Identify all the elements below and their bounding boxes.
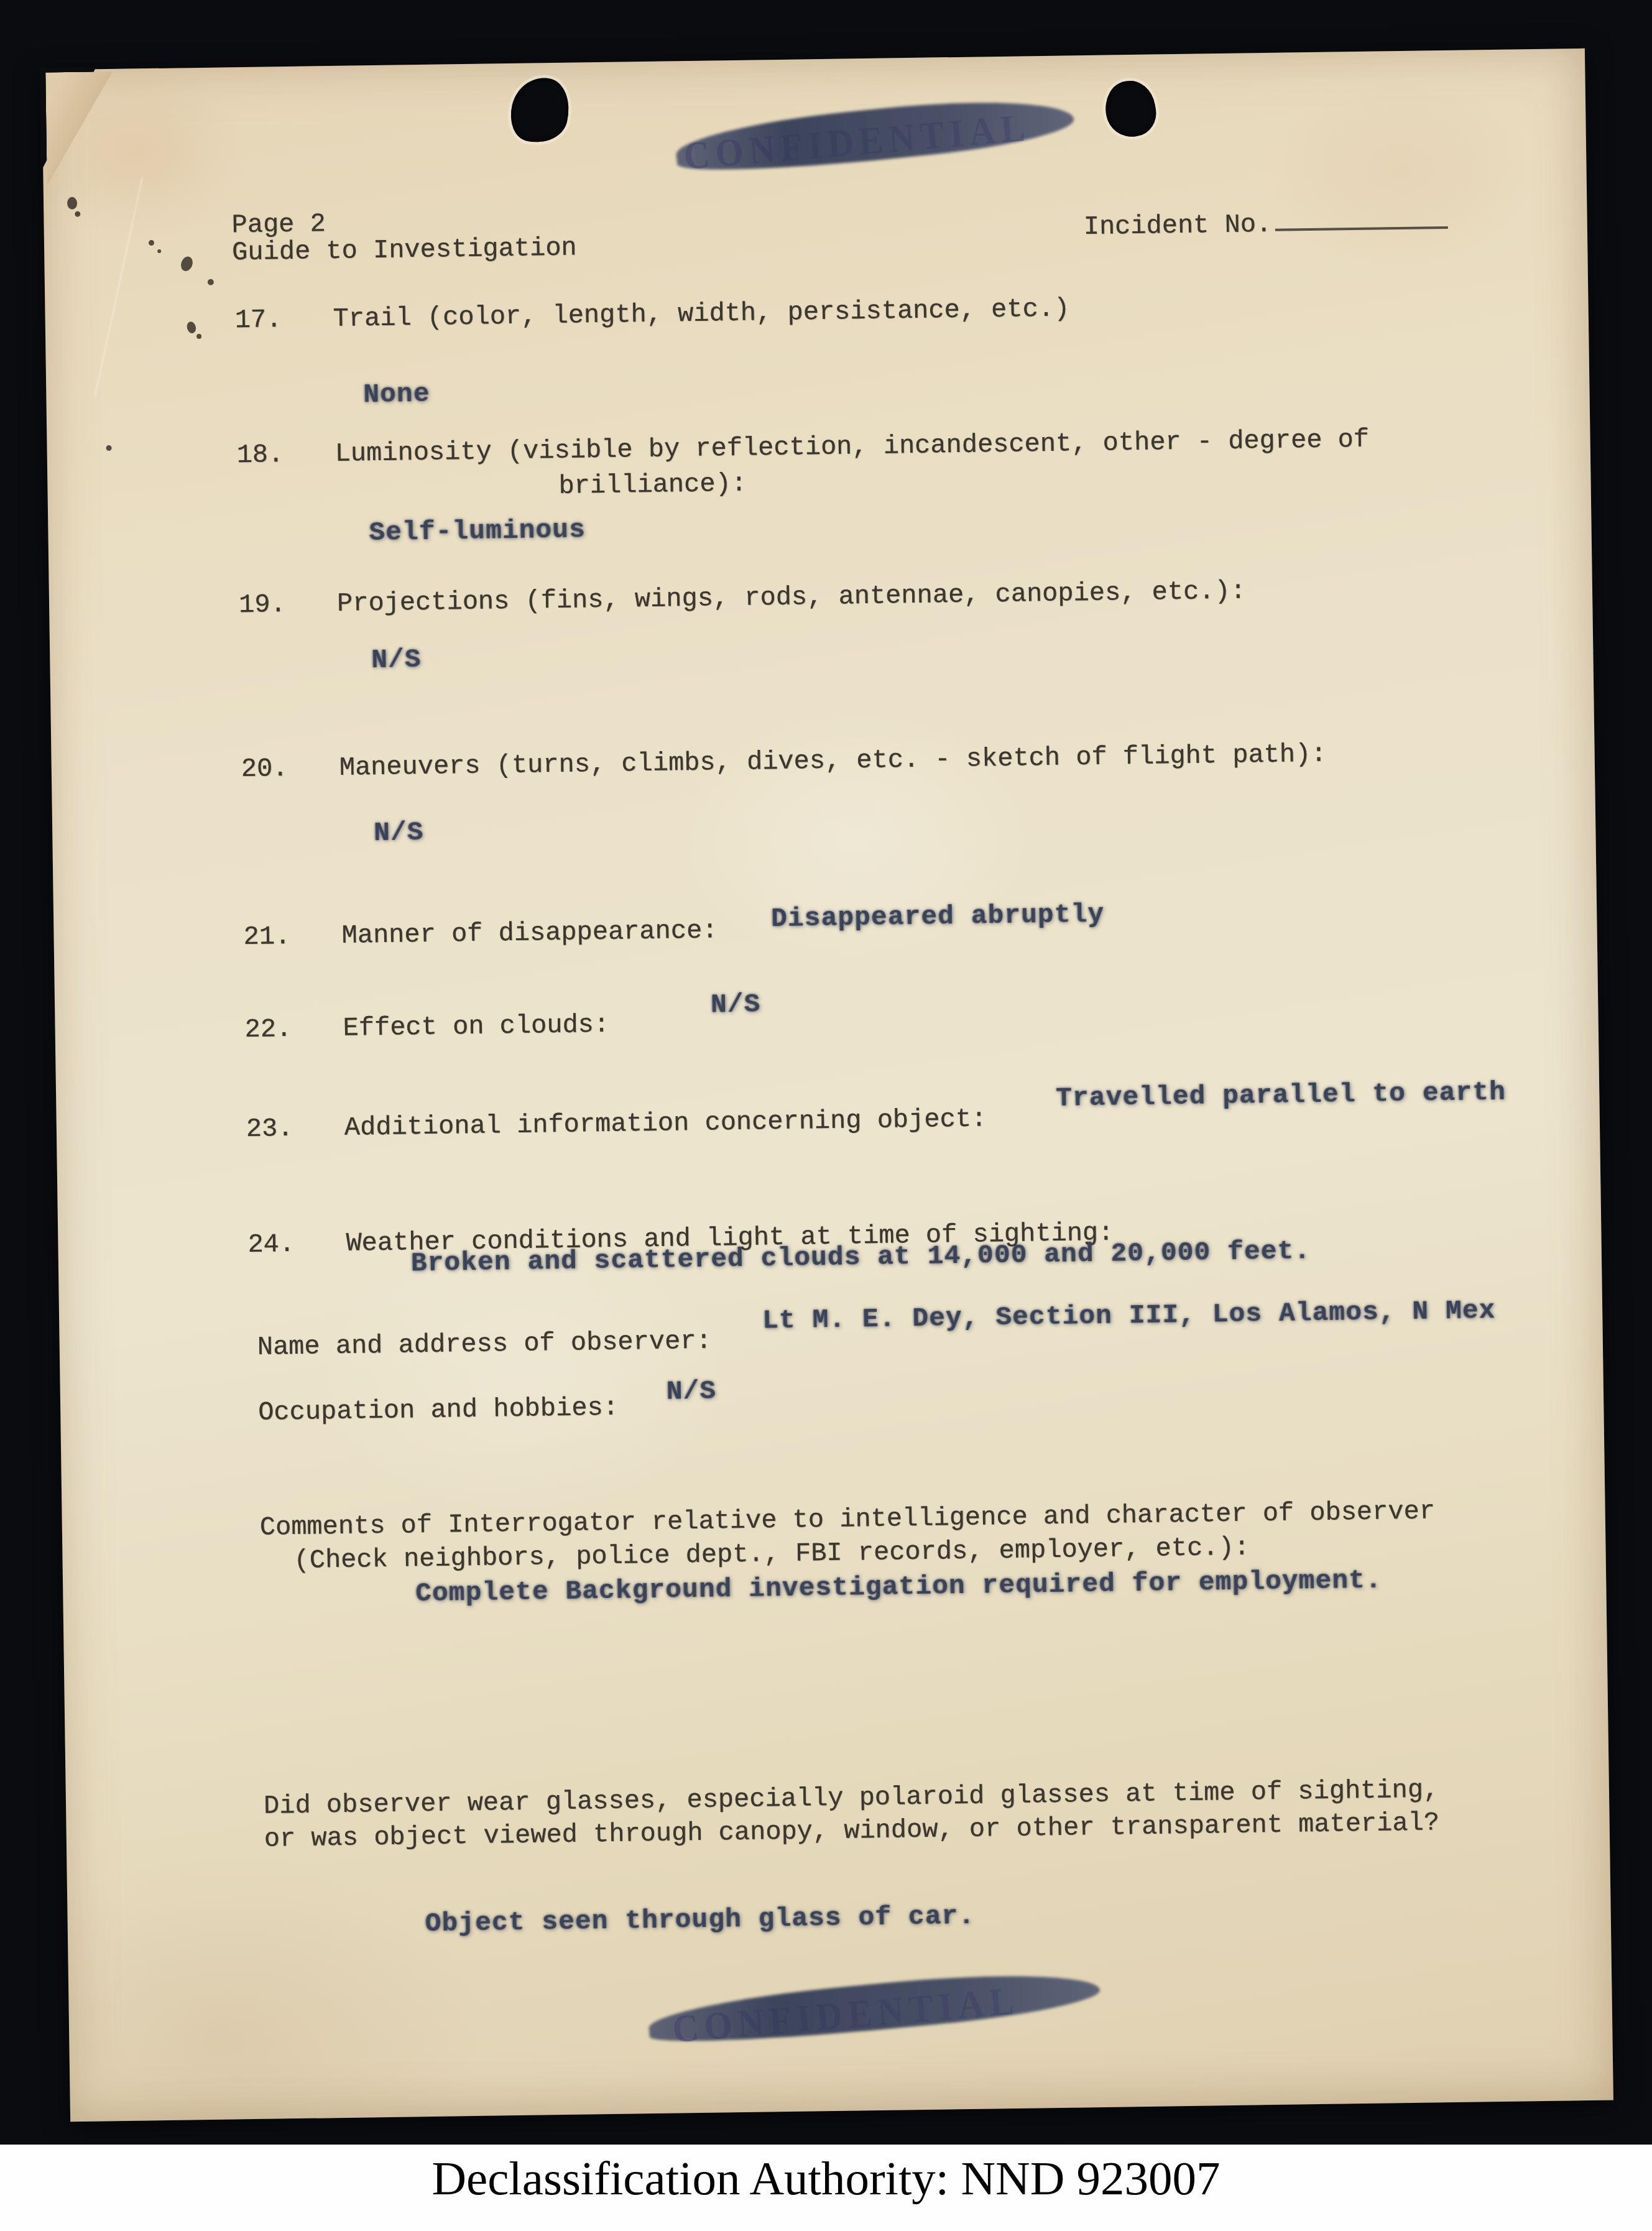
item-question: Trail (color, length, width, persistance… xyxy=(333,293,1069,334)
punch-hole xyxy=(505,72,576,149)
paper-speck xyxy=(196,334,201,339)
item-question: Luminosity (visible by reflection, incan… xyxy=(335,425,1369,469)
item-number: 19. xyxy=(239,589,286,620)
item-number: 17. xyxy=(234,305,282,335)
folded-corner xyxy=(45,72,114,185)
item-answer: Travelled parallel to earth xyxy=(1056,1077,1506,1114)
item-question: Maneuvers (turns, climbs, dives, etc. - … xyxy=(339,739,1326,783)
incident-no-blank xyxy=(1275,208,1448,231)
item-question: Projections (fins, wings, rods, antennae… xyxy=(337,576,1246,619)
document-title: Guide to Investigation xyxy=(232,233,577,268)
redaction-strike-mark xyxy=(674,90,1076,180)
item-number: 22. xyxy=(244,1014,292,1045)
paper-speck xyxy=(208,279,214,285)
item-question: Additional information concerning object… xyxy=(344,1104,987,1143)
incident-no-field: Incident No. xyxy=(1083,207,1448,242)
paper-speck xyxy=(157,249,161,253)
observer-occupation-value: N/S xyxy=(667,1376,717,1407)
item-number: 23. xyxy=(246,1114,293,1144)
item-number: 20. xyxy=(241,754,288,784)
observer-name-label: Name and address of observer: xyxy=(257,1326,712,1362)
paper-speck xyxy=(106,445,112,451)
confidential-stamp-bottom: CONFIDENTIAL xyxy=(671,1979,1021,2050)
item-answer: N/S xyxy=(711,989,761,1020)
declassification-note: Declassification Authority: NND 923007 xyxy=(0,2145,1652,2206)
item-answer: None xyxy=(363,379,430,410)
confidential-stamp-top: CONFIDENTIAL xyxy=(682,106,1032,177)
item-answer: Self-luminous xyxy=(369,514,586,548)
observer-name-value: Lt M. E. Dey, Section III, Los Alamos, N… xyxy=(762,1295,1496,1336)
comments-line1: Comments of Interrogator relative to int… xyxy=(260,1496,1436,1543)
item-number: 24. xyxy=(247,1229,295,1260)
paper-speck xyxy=(179,255,195,273)
punch-hole xyxy=(1101,77,1160,141)
item-number: 18. xyxy=(236,440,284,470)
item-answer: Disappeared abruptly xyxy=(771,899,1105,934)
observer-occupation-label: Occupation and hobbies: xyxy=(258,1393,619,1428)
page-number: Page 2 xyxy=(231,209,326,240)
redaction-strike-mark xyxy=(647,1963,1102,2051)
paper-scratch xyxy=(95,177,143,396)
glasses-answer: Object seen through glass of car. xyxy=(425,1901,975,1939)
document-page: CONFIDENTIAL Page 2 Guide to Investigati… xyxy=(42,48,1613,2122)
declassification-strip: Declassification Authority: NND 923007 xyxy=(0,2145,1652,2231)
scan-background: CONFIDENTIAL Page 2 Guide to Investigati… xyxy=(0,0,1652,2231)
paper-speck xyxy=(186,321,198,335)
item-question: Effect on clouds: xyxy=(343,1010,609,1043)
incident-no-label: Incident No. xyxy=(1083,210,1271,242)
item-question-line2: brilliance): xyxy=(558,469,747,502)
item-answer: N/S xyxy=(371,644,422,675)
item-number: 21. xyxy=(243,921,290,952)
item-answer: N/S xyxy=(374,817,424,848)
paper-speck xyxy=(67,197,77,210)
paper-speck xyxy=(75,211,80,217)
item-question: Manner of disappearance: xyxy=(341,915,718,951)
paper-speck xyxy=(149,240,154,246)
